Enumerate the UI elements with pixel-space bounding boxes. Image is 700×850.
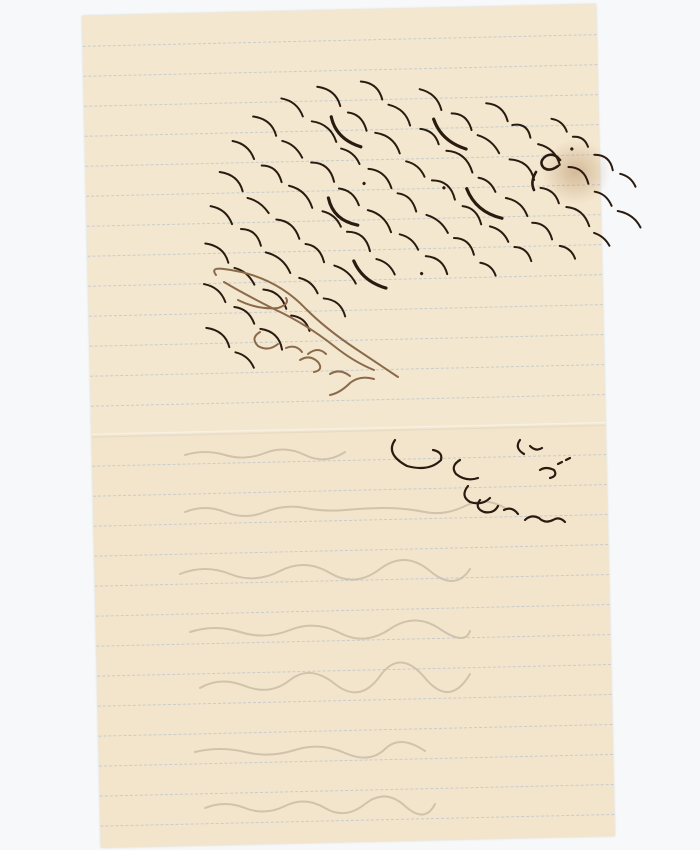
ruled-line: [86, 184, 600, 197]
ruled-line: [84, 94, 598, 107]
ruled-line: [83, 34, 597, 47]
ruled-line: [83, 64, 597, 77]
letter-sheet: [82, 4, 615, 847]
ruled-line: [85, 154, 599, 167]
ruled-line: [88, 244, 602, 257]
ruled-line: [89, 304, 603, 317]
ruled-line: [91, 394, 605, 407]
ruled-line: [87, 214, 601, 227]
ruled-line: [85, 124, 599, 137]
document-type: handwritten letter: [0, 0, 1, 1]
ruled-line: [88, 274, 602, 287]
ruled-line: [90, 334, 604, 347]
ruled-lines: [82, 4, 596, 16]
ink-stain: [540, 139, 611, 206]
ruled-line: [90, 364, 604, 377]
document-script: Persian/Arabic script (cursive, illegibl…: [0, 0, 1, 1]
